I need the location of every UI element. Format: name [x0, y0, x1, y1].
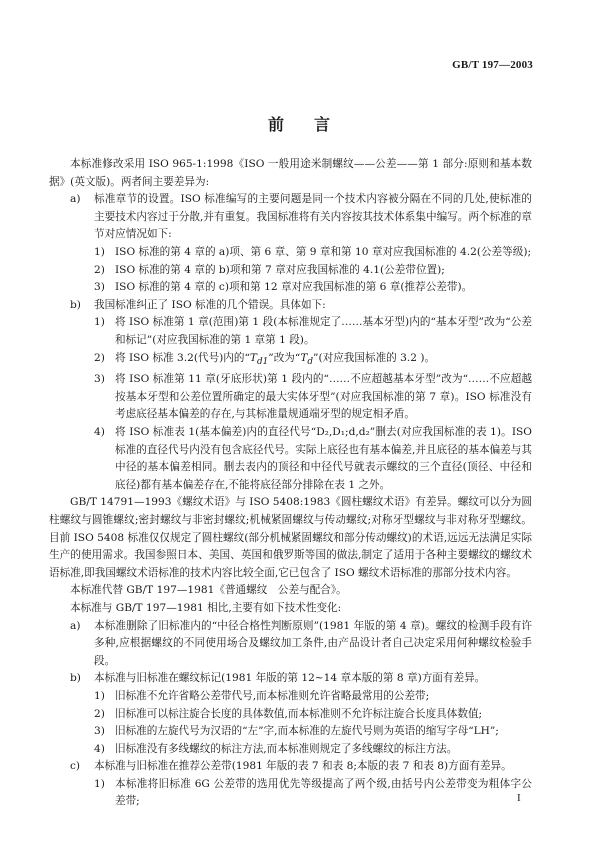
list-item: 4) 将 ISO 标准表 1(基本偏差)内的直径代号“D₂,D₁;d,d₂”删去… — [49, 424, 532, 494]
list-label: 2) — [94, 706, 115, 724]
symbol: T — [250, 352, 257, 364]
list-item: 1) 本标准将旧标准 6G 公差带的选用优先等级提高了两个级,由括号内公差带变为… — [49, 776, 532, 811]
list-item: 2) 旧标准可以标注旋合长度的具体数值,而本标准则不允许标注旋合长度具体数值; — [49, 706, 532, 724]
change-item-c: c) 本标准与旧标准在推荐公差带(1981 年版的表 7 和表 8;本版的表 7… — [49, 758, 532, 776]
difference-item-b: b) 我国标准纠正了 ISO 标准的几个错误。具体如下: — [49, 297, 532, 315]
change-item-b: b) 本标准与旧标准在螺纹标记(1981 年版的第 12~14 章本版的第 8 … — [49, 670, 532, 688]
list-text: 旧标准可以标注旋合长度的具体数值,而本标准则不允许标注旋合长度具体数值; — [115, 706, 532, 724]
list-item: 4) 旧标准没有多线螺纹的标注方法,而本标准则规定了多线螺纹的标注方法。 — [49, 741, 532, 759]
list-item: 1) 旧标准不允许省略公差带代号,而本标准则允许省略最常用的公差带; — [49, 688, 532, 706]
intro-paragraph: 本标准修改采用 ISO 965-1:1998《ISO 一般用途米制螺纹——公差—… — [49, 156, 532, 191]
list-label: b) — [70, 670, 94, 688]
list-text: 旧标准没有多线螺纹的标注方法,而本标准则规定了多线螺纹的标注方法。 — [115, 741, 532, 759]
list-text: 旧标准不允许省略公差带代号,而本标准则允许省略最常用的公差带; — [115, 688, 532, 706]
foreword-body: 本标准修改采用 ISO 965-1:1998《ISO 一般用途米制螺纹——公差—… — [49, 156, 532, 811]
list-label: 1) — [94, 776, 115, 811]
list-text: 将 ISO 标准 3.2(代号)内的“Td1”改为“Td”(对应我国标准的 3.… — [115, 350, 532, 372]
list-text: 标准章节的设置。ISO 标准编写的主要问题是同一个技术内容被分隔在不同的几处,使… — [94, 191, 532, 244]
list-text: 将 ISO 标准表 1(基本偏差)内的直径代号“D₂,D₁;d,d₂”删去(对应… — [115, 424, 532, 494]
list-text: ISO 标准的第 4 章的 a)项、第 6 章、第 9 章和第 10 章对应我国… — [115, 244, 532, 262]
list-text: 本标准删除了旧标准内的“中径合格性判断原则”(1981 年版的第 4 章)。螺纹… — [94, 618, 532, 671]
page-title: 前言 — [0, 112, 600, 135]
list-item: 3) 将 ISO 标准第 11 章(牙底形状)第 1 段内的“……不应超越基本牙… — [49, 371, 532, 424]
changes-intro-paragraph: 本标准与 GB/T 197—1981 相比,主要有如下技术性变化: — [49, 600, 532, 618]
page-number: I — [517, 792, 521, 804]
list-item: 1) 将 ISO 标准第 1 章(范围)第 1 段(本标准规定了……基本牙型)内… — [49, 314, 532, 349]
terminology-paragraph: GB/T 14791—1993《螺纹术语》与 ISO 5408:1983《圆柱螺… — [49, 494, 532, 582]
list-label: 4) — [94, 741, 115, 759]
list-text: ISO 标准的第 4 章的 b)项和第 7 章对应我国标准的 4.1(公差带位置… — [115, 262, 532, 280]
list-text: ISO 标准的第 4 章的 c)项和第 12 章对应我国标准的第 6 章(推荐公… — [115, 279, 532, 297]
text-segment: ”改为“ — [268, 352, 300, 364]
list-item: 3) ISO 标准的第 4 章的 c)项和第 12 章对应我国标准的第 6 章(… — [49, 279, 532, 297]
standard-number: GB/T 197—2003 — [452, 59, 533, 71]
list-text: 本标准将旧标准 6G 公差带的选用优先等级提高了两个级,由括号内公差带变为粗体字… — [115, 776, 532, 811]
list-label: 1) — [94, 244, 115, 262]
list-label: 2) — [94, 350, 115, 372]
list-label: b) — [70, 297, 94, 315]
subscript: d1 — [257, 357, 268, 367]
text-segment: 将 ISO 标准 3.2(代号)内的“ — [115, 352, 250, 364]
list-label: 3) — [94, 371, 115, 424]
list-item: 2) ISO 标准的第 4 章的 b)项和第 7 章对应我国标准的 4.1(公差… — [49, 262, 532, 280]
list-label: 4) — [94, 424, 115, 494]
list-label: 2) — [94, 262, 115, 280]
difference-item-a: a) 标准章节的设置。ISO 标准编写的主要问题是同一个技术内容被分隔在不同的几… — [49, 191, 532, 244]
list-label: c) — [70, 758, 94, 776]
list-text: 将 ISO 标准第 11 章(牙底形状)第 1 段内的“……不应超越基本牙型”改… — [115, 371, 532, 424]
list-text: 旧标准的左旋代号为汉语的“左”字,而本标准的左旋代号则为英语的缩写字母“LH”; — [115, 723, 532, 741]
list-text: 本标准与旧标准在螺纹标记(1981 年版的第 12~14 章本版的第 8 章)方… — [94, 670, 532, 688]
list-label: a) — [70, 618, 94, 671]
list-label: 1) — [94, 314, 115, 349]
list-label: 3) — [94, 279, 115, 297]
list-text: 将 ISO 标准第 1 章(范围)第 1 段(本标准规定了……基本牙型)内的“基… — [115, 314, 532, 349]
list-label: a) — [70, 191, 94, 244]
text-segment: ”(对应我国标准的 3.2 )。 — [313, 352, 435, 364]
list-item: 1) ISO 标准的第 4 章的 a)项、第 6 章、第 9 章和第 10 章对… — [49, 244, 532, 262]
list-text: 本标准与旧标准在推荐公差带(1981 年版的表 7 和表 8;本版的表 7 和表… — [94, 758, 532, 776]
change-item-a: a) 本标准删除了旧标准内的“中径合格性判断原则”(1981 年版的第 4 章)… — [49, 618, 532, 671]
replaces-paragraph: 本标准代替 GB/T 197—1981《普通螺纹 公差与配合》。 — [49, 582, 532, 600]
list-item: 2) 将 ISO 标准 3.2(代号)内的“Td1”改为“Td”(对应我国标准的… — [49, 350, 532, 372]
list-label: 1) — [94, 688, 115, 706]
list-text: 我国标准纠正了 ISO 标准的几个错误。具体如下: — [94, 297, 532, 315]
list-item: 3) 旧标准的左旋代号为汉语的“左”字,而本标准的左旋代号则为英语的缩写字母“L… — [49, 723, 532, 741]
list-label: 3) — [94, 723, 115, 741]
